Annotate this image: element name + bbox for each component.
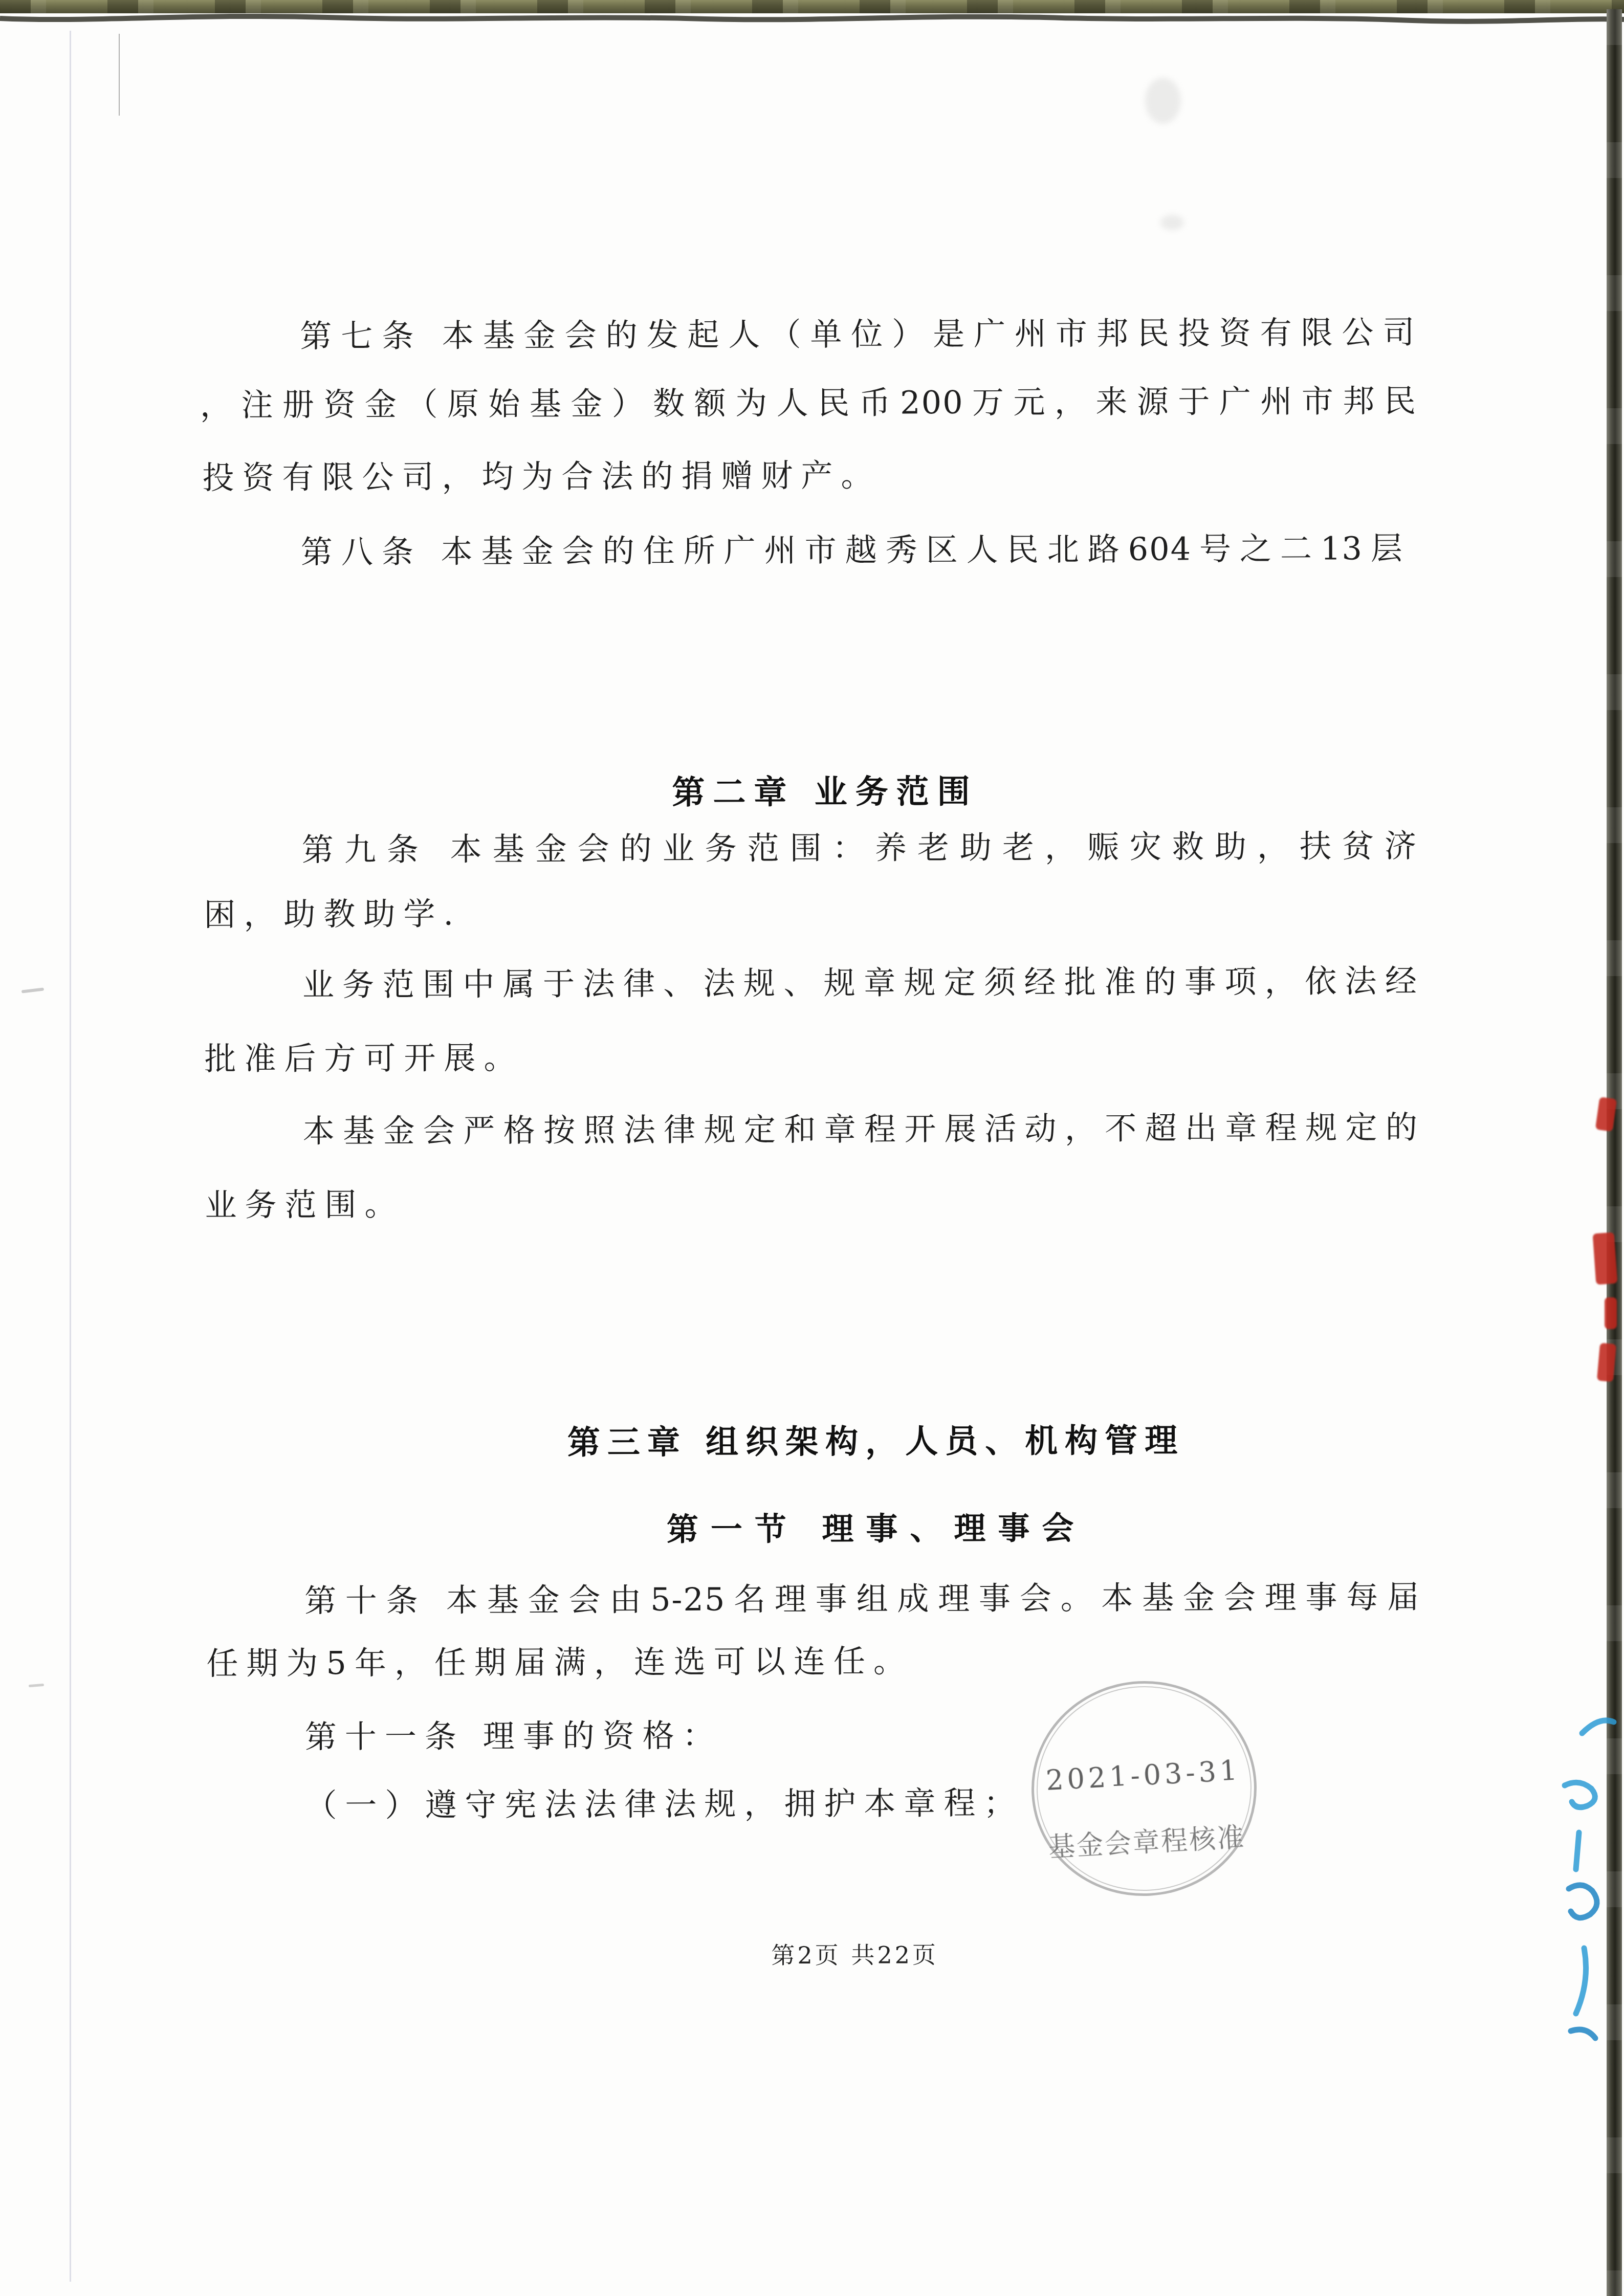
stamp-date: 2021-03-31 [1033, 1754, 1254, 1797]
page-footer: 第2页 共22页 [771, 1936, 938, 1971]
text-line: （一）遵守宪法法律法规，拥护本章程； [305, 1785, 1023, 1824]
text-line: 第九条 本基金会的业务范围：养老助老，赈灾救助，扶贫济 [302, 828, 1417, 869]
document-text-layer: 第七条 本基金会的发起人（单位）是广州市邦民投资有限公司 ，注册资金（原始基金）… [0, 0, 1624, 2296]
text-line: 批准后方可开展。 [204, 1040, 523, 1077]
chapter-2-heading: 第二章 业务范围 [6, 770, 1624, 814]
scanned-document-page: 第七条 本基金会的发起人（单位）是广州市邦民投资有限公司 ，注册资金（原始基金）… [0, 0, 1624, 2296]
text-line: 困，助教助学. [204, 895, 462, 933]
section-1-heading: 第一节 理事、理事会 [57, 1507, 1624, 1551]
text-line: 业务范围中属于法律、法规、规章规定须经批准的事项，依法经 [302, 963, 1418, 1004]
text-line: 第十条 本基金会由5-25名理事组成理事会。本基金会理事每届 [304, 1579, 1420, 1620]
text-line: 任期为5年，任期届满，连选可以连任。 [206, 1643, 913, 1682]
text-line: ，注册资金（原始基金）数额为人民币200万元，来源于广州市邦民 [200, 383, 1417, 424]
text-line: 本基金会严格按照法律规定和章程开展活动，不超出章程规定的 [303, 1109, 1418, 1150]
text-line: 第八条 本基金会的住所广州市越秀区人民北路604号之二13层 [301, 530, 1403, 571]
stamp-label: 基金会章程核准 [1036, 1815, 1258, 1865]
text-line: 第十一条 理事的资格： [305, 1717, 722, 1756]
text-line: 业务范围。 [205, 1186, 404, 1224]
chapter-3-heading: 第三章 组织架构，人员、机构管理 [57, 1420, 1624, 1464]
text-line: 第七条 本基金会的发起人（单位）是广州市邦民投资有限公司 [300, 314, 1415, 355]
text-line: 投资有限公司，均为合法的捐赠财产。 [202, 457, 881, 497]
